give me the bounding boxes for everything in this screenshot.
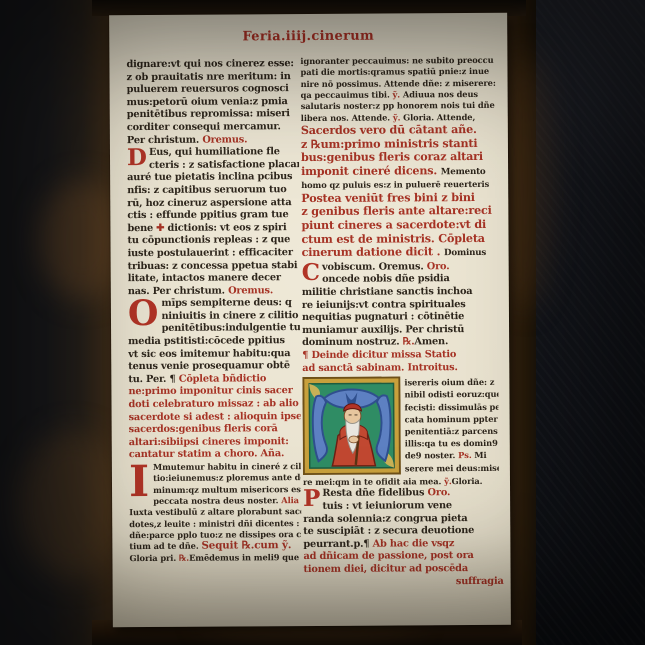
text-segment: litate, intactos manere decer — [128, 272, 281, 284]
text-line: corditer consequi mercamur. — [127, 121, 299, 135]
text-segment: dominum nostruz. — [302, 337, 403, 349]
text-segment: penitētibus:indulgentie tue re — [162, 323, 301, 335]
text-line: muniamur auxilijs. Per christū — [302, 324, 502, 338]
text-line: sacerdos:genibus fleris corā — [129, 423, 301, 437]
text-line: cteris : z satisfactione placaris. — [149, 159, 299, 173]
text-segment: nequitias pugnaturi : cōtinētie — [302, 311, 464, 323]
text-line: tenus venie prosequamur obtē — [128, 360, 300, 374]
miniature-row: isereris oium dñe: znibil odisti eoruz:q… — [302, 376, 503, 475]
text-line: auré tue pietatis inclina pcibus — [127, 171, 299, 185]
text-segment: z ob prauitatis nre meritum: in — [126, 71, 290, 83]
text-line: vt sic eos imitemur habitu:qua — [128, 348, 300, 362]
text-segment: Eus, qui humiliatione fle — [149, 146, 280, 158]
text-line: suffragia — [304, 575, 504, 589]
text-segment: militie christiane sanctis inchoa — [302, 286, 473, 298]
text-line: tuis : vt ieiuniorum vene — [322, 500, 503, 514]
text-segment: peccata nostra deus noster. — [153, 495, 281, 506]
text-segment: Oro. — [427, 488, 450, 499]
text-segment: mus:petorū oium venia:z pmia — [127, 96, 288, 108]
text-line: nas. Per christum. Oremus. — [128, 285, 300, 299]
drop-cap: D — [127, 147, 149, 169]
text-line: ad sanctā sabinam. Introitus. — [302, 361, 502, 375]
text-segment: niniuitis in cinere z cilitio — [161, 310, 298, 322]
text-line: sacerdote si adest : alioquin ipse — [129, 411, 301, 425]
text-segment: altari:sibiipsi cineres imponit: — [129, 436, 289, 448]
text-segment: Dominus — [444, 248, 486, 258]
text-segment: mīps sempiterne deus: q — [161, 297, 291, 309]
text-segment: dotes,z leuite : ministri dñi dicentes :… — [129, 518, 301, 529]
text-line: altari:sibiipsi cineres imponit: — [129, 436, 301, 450]
text-line: puluerem reuersuros cognosci — [127, 83, 299, 97]
text-line: re mei:qm in te ofidit aia mea. ỹ.Gloria… — [303, 476, 503, 489]
text-segment: ne:primo imponitur cinis sacer — [128, 386, 292, 398]
text-segment: Gloria. — [452, 476, 483, 486]
text-segment: salutaris noster:z pp honorem nois tui d… — [301, 100, 495, 111]
text-segment: penitētibus repromissa: miseri — [127, 108, 290, 120]
text-segment: bene — [127, 223, 156, 234]
text-segment: Memento — [441, 167, 486, 177]
text-segment: nfis: z capitibus seruorum tuo — [127, 184, 286, 196]
text-line: isereris oium dñe: z — [404, 376, 498, 389]
text-segment: cantatur statim a choro. Aña. — [129, 449, 284, 461]
text-segment: corditer consequi mercamur. — [127, 121, 281, 133]
drop-cap-group: Omīps sempiterne deus: qniniuitis in cin… — [128, 297, 300, 336]
text-segment: ¶ Deinde dicitur missa Statio — [302, 349, 456, 361]
text-line: cinerum datione dicit . Dominus — [302, 245, 502, 262]
text-line: mīps sempiterne deus: q — [161, 297, 300, 310]
left-text-column: dignare:vt qui nos cinerez esse:z ob pra… — [126, 58, 301, 564]
text-line: niniuitis in cinere z cilitio — [161, 310, 300, 323]
text-segment: penitentiā:z parcens — [405, 426, 498, 437]
text-segment: auré tue pietatis inclina pcibus — [127, 171, 292, 183]
text-segment: de9 noster. — [405, 450, 458, 460]
text-line: penitētibus repromissa: miseri — [127, 108, 299, 122]
text-segment: media pstitisti:cōcede ppitius — [128, 335, 285, 347]
text-line: militie christiane sanctis inchoa — [302, 286, 502, 300]
text-segment: nibil odisti eoruz:que — [404, 389, 498, 400]
drop-cap-group: DEus, qui humiliatione flecteris : z sat… — [127, 146, 299, 172]
text-line: mus:petorū oium venia:z pmia — [127, 96, 299, 110]
text-segment: rū, hoz cineruz aspersione atta — [127, 197, 291, 209]
text-segment: peurrant.p.¶ — [303, 538, 372, 549]
text-segment: dñe:parce pplo tuo:z ne dissipes ora can… — [129, 529, 301, 540]
text-line: de9 noster. Ps. Mi — [405, 449, 499, 462]
text-line: Sacerdos vero dū cātant añe. — [301, 123, 501, 138]
text-line: bus:genibus fleris coraz altari — [301, 150, 501, 165]
text-segment: Sacerdos vero dū cātant añe. — [301, 123, 477, 137]
text-line: peccata nostra deus noster. Alia aña. — [153, 495, 301, 507]
text-line: bene ✚ dictionis: vt eos z spiri — [127, 222, 299, 236]
text-line: piunt cineres a sacerdote:vt di — [301, 218, 501, 233]
text-segment: qa peccauimus tibi. — [301, 90, 393, 101]
text-segment: ad dñicam de passione, post ora — [303, 550, 473, 562]
text-segment: randa solennia:z congrua pieta — [303, 513, 467, 525]
text-line: cata hominum ppter — [405, 413, 499, 426]
text-segment: vt sic eos imitemur habitu:qua — [128, 348, 290, 360]
text-segment: Per christum. — [127, 134, 203, 145]
text-line: ctum est de ministris. Cōpleta — [301, 231, 501, 246]
text-segment: ỹ. — [444, 476, 452, 486]
text-segment: cinerum datione dicit . — [302, 245, 444, 259]
text-segment: Oremus. — [202, 134, 247, 145]
text-line: oncede nobis dñe psidia — [322, 273, 502, 287]
text-segment: puluerem reuersuros cognosci — [127, 83, 289, 95]
text-segment: ad sanctā sabinam. Introitus. — [302, 362, 457, 374]
text-segment: Iuxta vestibulū z altare plorabunt sacer — [129, 506, 301, 517]
text-segment: Amen. — [414, 336, 448, 347]
text-line: Postea veniūt fres bini z bini — [301, 191, 501, 206]
text-line: dominum nostruz. ℞.Amen. — [302, 336, 502, 350]
text-segment: z ℞um:primo ministris stanti — [301, 136, 478, 150]
text-segment: ✚ — [156, 223, 164, 234]
text-segment: Alia aña. — [281, 495, 301, 505]
text-segment: vobiscum. Oremus. — [322, 261, 427, 273]
text-line: te suscipiāt : z secura deuotione — [303, 525, 503, 539]
text-segment: oncede nobis dñe psidia — [322, 273, 450, 285]
text-line: tionem diei, dicitur ad poscēda — [303, 563, 503, 577]
text-segment: tu. Per. ¶ — [128, 374, 178, 385]
text-line: Resta dñe fidelibus Oro. — [322, 487, 503, 501]
text-segment: tio:ieiunemus:z ploremus ante do — [153, 472, 301, 483]
text-line: tu. Per. ¶ Cōpleta bñdictio — [128, 373, 300, 387]
text-line: cantatur statim a choro. Aña. — [129, 448, 301, 462]
text-segment: pati die mortis:qramus spatiū pnie:z inu… — [300, 66, 489, 77]
text-line: z genibus fleris ante altare:reci — [301, 204, 501, 219]
text-line: doti celebraturo missaz : ab alio — [128, 398, 300, 412]
text-segment: iuste postulauerint : efficaciter — [128, 247, 293, 259]
text-segment: tuis : vt ieiuniorum vene — [322, 500, 452, 512]
text-line: nequitias pugnaturi : cōtinētie — [302, 311, 502, 325]
text-line: ctis : effunde ppitius gram tue — [127, 209, 299, 223]
text-segment: cata hominum ppter — [405, 414, 498, 425]
text-segment: sacerdote si adest : alioquin ipse — [129, 411, 301, 423]
text-segment: ignoranter peccauimus: ne subito preoccu — [300, 55, 493, 66]
text-line: peurrant.p.¶ Ab hac die vsqz — [303, 538, 503, 552]
text-segment: ỹ. — [393, 112, 401, 122]
drop-cap-group: Cvobiscum. Oremus. Oro.oncede nobis dñe … — [302, 261, 502, 287]
manuscript-page: Feria.iiij.cinerum dignare:vt qui nos ci… — [109, 13, 511, 627]
text-segment: tu cōpunctionis repleas : z que — [127, 234, 290, 246]
text-segment: Resta dñe fidelibus — [322, 488, 427, 500]
text-segment: suffragia — [456, 575, 504, 586]
text-segment: illis:qa tu es domin9 — [405, 438, 498, 449]
text-segment: ℞. — [179, 552, 189, 562]
text-line: vobiscum. Oremus. Oro. — [322, 261, 502, 275]
text-segment: tenus venie prosequamur obtē — [128, 360, 290, 372]
text-line: randa solennia:z congrua pieta — [303, 512, 503, 526]
text-segment: Mmutemur habitu in cineré z cili — [153, 461, 301, 472]
text-segment: serere mei deus:mise — [405, 462, 499, 473]
text-segment: fecisti: dissimulās pec — [405, 401, 499, 412]
drop-cap: O — [128, 298, 162, 330]
text-segment: bus:genibus fleris coraz altari — [301, 150, 483, 164]
illuminated-initial-M-miniature — [302, 377, 401, 476]
text-segment: Oro. — [427, 261, 450, 272]
text-line: Mmutemur habitu in cineré z cili — [153, 461, 301, 473]
text-line: dignare:vt qui nos cinerez esse: — [126, 58, 298, 72]
text-segment: Gloria. Attende, — [400, 112, 475, 122]
text-line: imponit cineré dicens. Memento — [301, 164, 501, 181]
text-segment: Sequit ℞.cum ỹ. — [201, 540, 291, 552]
text-line: Per christum. Oremus. — [127, 134, 299, 148]
text-line: media pstitisti:cōcede ppitius — [128, 335, 300, 349]
text-line: nfis: z capitibus seruorum tuo — [127, 184, 299, 198]
text-segment: Ab hac die vsqz — [373, 538, 455, 549]
text-segment: nas. Per christum. — [128, 285, 228, 297]
text-segment: z genibus fleris ante altare:reci — [301, 204, 491, 218]
text-segment: tium ad te dñe. — [129, 541, 201, 551]
text-line: re ieiunijs:vt contra spirituales — [302, 298, 502, 312]
framed-leaf-photo: Feria.iiij.cinerum dignare:vt qui nos ci… — [0, 0, 645, 645]
text-segment: libera nos. Attende. — [301, 112, 393, 123]
text-segment: cteris : z satisfactione placaris. — [149, 159, 299, 171]
text-line: z ℞um:primo ministris stanti — [301, 136, 501, 151]
text-line: rū, hoz cineruz aspersione atta — [127, 197, 299, 211]
text-line: ad dñicam de passione, post ora — [303, 550, 503, 564]
shadowbox-fabric-backdrop — [536, 0, 645, 645]
text-segment: re mei:qm in te ofidit aia mea. — [303, 476, 444, 487]
text-line: tu cōpunctionis repleas : z que — [127, 234, 299, 248]
text-segment: nire nō possimus. Attende dñe: z miserer… — [301, 78, 496, 89]
text-line: fecisti: dissimulās pec — [404, 400, 498, 413]
text-segment: Gloria pri. — [129, 553, 179, 563]
text-segment: ctis : effunde ppitius gram tue — [127, 209, 288, 221]
drop-cap: P — [303, 488, 322, 510]
text-line: Gloria pri. ℞.Emēdemus in meli9 que — [129, 552, 301, 564]
text-segment: sacerdos:genibus fleris corā — [129, 423, 278, 435]
drop-cap-group: PResta dñe fidelibus Oro.tuis : vt ieiun… — [303, 487, 503, 513]
text-segment: re ieiunijs:vt contra spirituales — [302, 299, 466, 311]
text-segment: tionem diei, dicitur ad poscēda — [303, 563, 468, 575]
text-line: iuste postulauerint : efficaciter — [128, 247, 300, 261]
introit-text-beside-miniature: isereris oium dñe: znibil odisti eoruz:q… — [404, 376, 499, 475]
text-segment: dignare:vt qui nos cinerez esse: — [126, 58, 293, 70]
text-segment: muniamur auxilijs. Per christū — [302, 324, 464, 336]
text-segment: doti celebraturo missaz : ab alio — [128, 398, 298, 410]
text-line: Eus, qui humiliatione fle — [149, 146, 299, 160]
right-text-column: ignoranter peccauimus: ne subito preoccu… — [300, 55, 503, 589]
text-line: illis:qa tu es domin9 — [405, 437, 499, 450]
text-segment: Postea veniūt fres bini z bini — [301, 191, 475, 205]
text-line: tio:ieiunemus:z ploremus ante do — [153, 472, 301, 484]
drop-cap-group: IMmutemur habitu in cineré z cilitio:iei… — [129, 461, 301, 507]
text-line: nibil odisti eoruz:que — [404, 388, 498, 401]
text-line: tribuas: z concessa ppetua stabi — [128, 260, 300, 274]
text-segment: imponit cineré dicens. — [301, 164, 441, 178]
text-segment: te suscipiāt : z secura deuotione — [303, 525, 474, 537]
text-segment: ℞. — [403, 337, 415, 348]
page-heading-rubric: Feria.iiij.cinerum — [109, 28, 507, 45]
text-segment: Adiuua nos deus — [400, 89, 478, 99]
text-segment: Cōpleta bñdictio — [179, 373, 267, 385]
text-segment: ctum est de ministris. Cōpleta — [301, 231, 484, 245]
text-segment: Ps. — [458, 450, 472, 460]
text-segment: minum:qz multum misericors est dimitte — [153, 484, 301, 495]
text-segment: Emēdemus in meli9 que — [189, 552, 299, 563]
text-line: penitentiā:z parcens — [405, 425, 499, 438]
drop-cap: I — [129, 462, 153, 502]
text-line: minum:qz multum misericors est dimitte — [153, 484, 301, 496]
text-segment: dictionis: vt eos z spiri — [164, 222, 286, 234]
prophet-hands — [349, 436, 359, 443]
text-segment: Oremus. — [228, 285, 273, 296]
text-line: ¶ Deinde dicitur missa Statio — [302, 349, 502, 363]
text-segment: Mi — [472, 450, 487, 460]
text-line: penitētibus:indulgentie tue re — [162, 323, 301, 336]
text-line: z ob prauitatis nre meritum: in — [126, 71, 298, 85]
drop-cap: C — [302, 262, 322, 284]
text-segment: piunt cineres a sacerdote:vt di — [301, 218, 486, 232]
text-segment: tribuas: z concessa ppetua stabi — [128, 260, 298, 272]
text-line: litate, intactos manere decer — [128, 272, 300, 286]
text-line: ne:primo imponitur cinis sacer — [128, 385, 300, 399]
text-segment: isereris oium dñe: z — [404, 377, 494, 388]
text-segment: homo qz puluis es:z in puluerē reuerteri… — [301, 179, 489, 190]
text-line: serere mei deus:mise — [405, 461, 499, 474]
